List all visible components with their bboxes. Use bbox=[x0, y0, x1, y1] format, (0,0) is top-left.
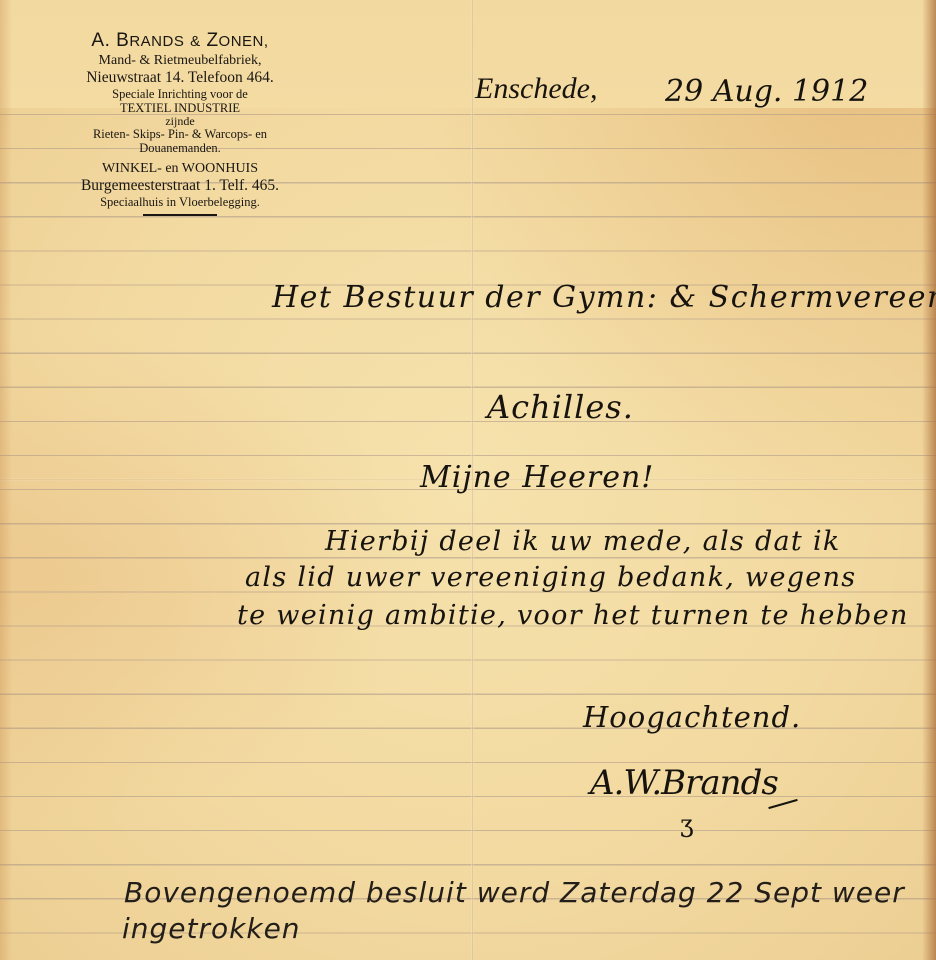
firm-address: Nieuwstraat 14. Telefoon 464. bbox=[48, 69, 312, 87]
letterhead-divider bbox=[143, 214, 217, 216]
right-edge-stain bbox=[922, 0, 936, 960]
shop-specialty: Speciaalhuis in Vloerbelegging. bbox=[48, 195, 312, 209]
firm-ampersand: & bbox=[190, 33, 201, 50]
special-line-2: TEXTIEL INDUSTRIE bbox=[48, 101, 312, 115]
special-line-1: Speciale Inrichting voor de bbox=[48, 87, 312, 101]
special-line-5: Douanemanden. bbox=[48, 141, 312, 155]
shop-address: Burgemeesterstraat 1. Telf. 465. bbox=[48, 177, 312, 195]
place-name: Enschede, bbox=[475, 72, 597, 106]
firm-onen: ONEN, bbox=[219, 33, 269, 50]
firm-z: Z bbox=[206, 30, 218, 51]
letter-date: 29 Aug. 1912 bbox=[665, 74, 868, 109]
closing: Hoogachtend. bbox=[583, 700, 801, 734]
signature: A.W.Brands bbox=[590, 763, 778, 803]
left-edge-stain bbox=[0, 0, 12, 960]
special-line-3: zijnde bbox=[48, 115, 312, 127]
firm-initial: A. bbox=[91, 30, 110, 51]
firm-name: A. BRANDS & ZONEN, bbox=[48, 30, 312, 53]
body-line: als lid uwer vereeniging bedank, wegens bbox=[245, 562, 856, 593]
body-line: te weinig ambitie, voor het turnen te he… bbox=[237, 600, 909, 631]
special-line-4: Rieten- Skips- Pin- & Warcops- en bbox=[48, 127, 312, 141]
club-name: Achilles. bbox=[487, 388, 634, 426]
firm-rands: RANDS bbox=[129, 33, 184, 50]
body-line: Hierbij deel ik uw mede, als dat ik bbox=[325, 526, 841, 557]
annotation-line: Bovengenoemd besluit werd Zaterdag 22 Se… bbox=[124, 876, 905, 909]
firm-trade: Mand- & Rietmeubelfabriek, bbox=[48, 53, 312, 69]
firm-b: B bbox=[116, 30, 129, 51]
shop-title: WINKEL- en WOONHUIS bbox=[48, 161, 312, 177]
annotation-line: ingetrokken bbox=[122, 912, 301, 945]
salutation: Mijne Heeren! bbox=[420, 460, 654, 495]
addressee: Het Bestuur der Gymn: & Schermvereenigin… bbox=[272, 280, 936, 315]
signature-mark: ʒ bbox=[680, 810, 694, 838]
letterhead: A. BRANDS & ZONEN, Mand- & Rietmeubelfab… bbox=[48, 30, 312, 216]
